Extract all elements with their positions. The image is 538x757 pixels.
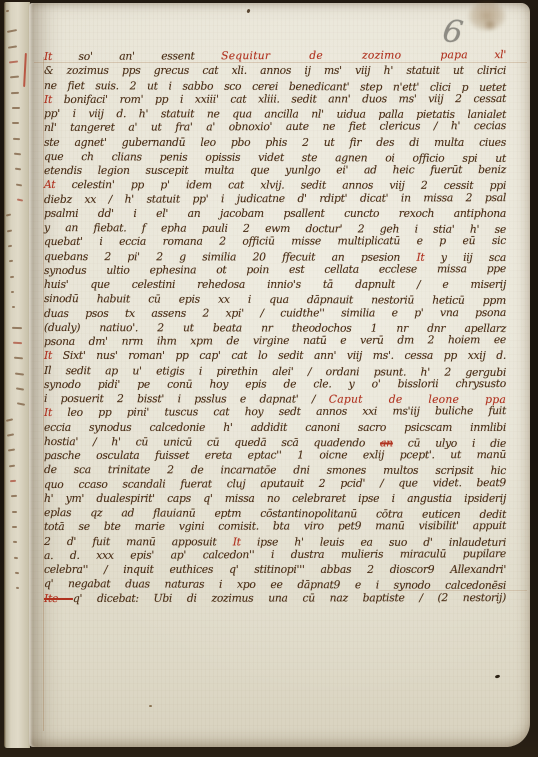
manuscript-page: 6 It so' an' essent Sequitur de zozimo p… [29,3,530,747]
manuscript-line: It bonifaci' rom' pp i xxiii' cat xliii.… [44,92,506,107]
facing-page-text-fleck [17,199,23,202]
manuscript-line: celebra'' / inquit euthices q' stitinopi… [44,563,506,577]
body-text: psalmi dd' i el' an jacobam psallent cun… [44,207,506,220]
facing-page-text-fleck [11,495,17,497]
manuscript-line: It leo pp pini' tuscus cat hoy sedt anno… [44,404,506,420]
facing-page-text-fleck [13,342,22,344]
body-text: de sca trinitate 2 de incarnatōe dni smo… [44,463,506,477]
body-text: synodo pidi' pe conū hoy epis de cle. y … [44,377,506,391]
facing-page-text-fleck [6,214,12,217]
body-text: totā se bte marie vgini comisit. bta vir… [44,519,506,533]
manuscript-line: duas psos tx assens 2 xpi' / cuidthe'' s… [44,306,506,321]
body-text: i posuerit 2 bisst' i psslus e dapnat' / [44,392,329,406]
facing-page-text-fleck [15,572,19,574]
facing-page-text-fleck [9,60,18,63]
body-text: a. d. xxx epis' ap' calcedon'' i dustra … [44,547,506,562]
manuscript-line: eccia synodus calcedonie h' addidit cano… [44,421,506,435]
manuscript-line: psona dm' nrm ihm xpm de virgine natū e … [44,333,506,349]
body-text: psona dm' nrm ihm xpm de virgine natū e … [44,333,506,348]
body-text: q' dicebat: Ubi di zozimus una cū naz ba… [73,591,506,605]
facing-page-text-fleck [17,403,25,406]
facing-page-text-fleck [12,327,22,329]
facing-page-text-fleck [10,76,19,79]
facing-page-text-fleck [16,387,24,390]
facing-page-text-fleck [9,260,13,262]
manuscript-line: huis' que celestini rehedosa innio's tā … [44,278,506,292]
manuscript-line: a. d. xxx epis' ap' calcedon'' i dustra … [44,547,506,563]
ink-speck [149,705,152,707]
manuscript-line: synodus ultio ephesina ot poin est cella… [44,262,506,278]
rubric-text: It [44,406,67,419]
body-text: ste agnet' gubernandū leo pbo phis 2 ut … [44,136,506,149]
rubric-text: Sequitur de zozimo papa [221,48,468,62]
facing-page-text-fleck [7,29,17,33]
body-text: h' ym' dualespirit' caps q' missa no cel… [44,492,506,505]
body-text: quo ccaso scandali fuerat cluj aputauit … [44,476,506,491]
facing-page-text-fleck [12,526,17,528]
facing-page-text-fleck [14,557,18,559]
facing-page-text-fleck [8,45,17,48]
ink-speck [246,9,250,14]
rubric-text: It [44,50,79,63]
facing-page-text-fleck [6,418,14,422]
manuscript-line: Ite q' dicebat: Ubi di zozimus una cū na… [44,591,506,606]
manuscript-line: quebat' i eccia romana 2 officiū misse m… [44,234,506,249]
body-text: sinodū habuit cū epis xx i qua dāpnauit … [44,292,506,307]
facing-page-text-fleck [8,449,15,452]
manuscript-line: It Sixt' nus' roman' pp cap' cat lo sedi… [44,349,506,363]
manuscript-line: etendis legion suscepit multa que yunlgo… [44,163,506,178]
manuscript-line: & zozimus pps grecus cat xli. annos ij m… [44,64,506,78]
body-text: diebz xx / h' statuit pp' i judicatne d'… [44,191,506,206]
facing-page-text-fleck [10,276,14,278]
body-text: etendis legion suscepit multa que yunlgo… [44,163,506,177]
body-text: so' an' essent [79,49,222,63]
manuscript-line: pasche osculata fuisset ereta eptac'' 1 … [44,448,506,463]
body-text: huis' que celestini rehedosa innio's tā … [44,278,506,291]
body-text: quebans 2 pi' 2 g similia 20 ffecuit an … [44,250,416,264]
facing-page-text-fleck [12,107,20,109]
manuscript-line: nl' tangeret a' ut fra' a' obnoxio' aute… [44,119,506,135]
body-text: duas psos tx assens 2 xpi' / cuidthe'' s… [44,306,506,320]
facing-page-text-fleck [8,245,13,248]
photograph-background: 6 It so' an' essent Sequitur de zozimo p… [0,0,538,757]
facing-page-text-fleck [6,10,9,13]
stain [481,17,499,33]
rubric-text: It [233,535,257,548]
rubric-text: an [380,436,393,449]
rubric-text: At [44,178,72,191]
facing-page-text-fleck [7,433,14,436]
facing-page-text-fleck [12,122,19,124]
body-text: celebra'' / inquit euthices q' stitinopi… [44,563,506,576]
rubric-text: It [44,349,63,362]
facing-page-text-fleck [10,480,16,483]
facing-page-text-fleck [11,291,14,293]
stain [461,0,513,37]
body-text: nl' tangeret a' ut fra' a' obnoxio' aute… [44,119,506,134]
rubric-text: Ite [44,591,73,604]
facing-page-text-fleck [14,153,21,156]
folio-number: 6 [440,13,465,52]
ink-speck [495,674,501,678]
facing-page-text-fleck [9,464,16,467]
manuscript-line: psalmi dd' i el' an jacobam psallent cun… [44,207,506,221]
facing-page-text-fleck [11,91,19,93]
body-text: Sixt' nus' roman' pp cap' cat lo sedit a… [63,349,506,362]
facing-page-text-fleck [15,372,24,375]
body-text: bonifaci' rom' pp i xxiii' cat xliii. se… [64,92,506,106]
facing-page-edge [4,2,30,748]
facing-page-text-fleck [14,357,23,360]
body-text: celestin' pp p' idem cat xlvij. sedit an… [72,178,506,192]
body-text: q' negabat duas naturas i xpo ee dāpnat9… [44,577,506,592]
manuscript-line: diebz xx / h' statuit pp' i judicatne d'… [44,191,506,207]
facing-page-text-fleck [13,541,18,543]
manuscript-line: h' ym' dualespirit' caps q' missa no cel… [44,492,506,506]
rubric-text: xl' [468,48,506,61]
manuscript-line: totā se bte marie vgini comisit. bta vir… [44,519,506,534]
body-text: quebat' i eccia romana 2 officiū misse m… [44,234,506,248]
facing-page-text-fleck [12,306,15,308]
body-text: eccia synodus calcedonie h' addidit cano… [44,421,506,434]
rubric-text: It [44,93,64,106]
facing-page-text-fleck [12,511,17,513]
manuscript-line: synodo pidi' pe conū hoy epis de cle. y … [44,377,506,392]
body-text: pasche osculata fuisset ereta eptac'' 1 … [44,448,506,462]
body-text: & zozimus pps grecus cat xli. annos ij m… [44,64,506,77]
facing-page-text-fleck [16,183,22,186]
body-text: synodus ultio ephesina ot poin est cella… [44,262,506,277]
facing-page-text-fleck [7,229,12,232]
body-text: 2 d' fuit manū apposuit [44,535,233,548]
manuscript-line: ste agnet' gubernandū leo pbo phis 2 ut … [44,136,506,150]
text-block: It so' an' essent Sequitur de zozimo pap… [44,50,506,606]
manuscript-line: It so' an' essent Sequitur de zozimo pap… [44,48,506,64]
body-text: leo pp pini' tuscus cat hoy sedt annos x… [67,404,506,419]
facing-page-text-fleck [16,587,20,590]
manuscript-line: quo ccaso scandali fuerat cluj aputauit … [44,476,506,492]
body-text: hostia' / h' cū unicū cū quedā scā quade… [44,435,380,449]
facing-page-text-fleck [13,138,20,140]
facing-page-text-fleck [15,168,22,171]
